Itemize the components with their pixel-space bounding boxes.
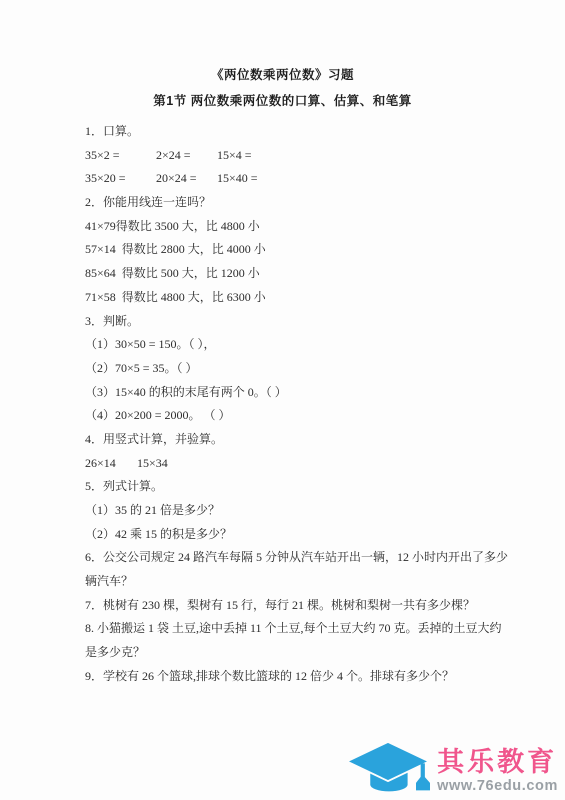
expression: 2×24 =	[156, 144, 217, 168]
s1-oral-row-1: 35×2 =2×24 =15×4 =	[0, 144, 565, 168]
s8-problem-line-1: 8. 小猫搬运 1 袋 土豆,途中丢掉 11 个土豆,每个土豆大约 70 克。丢…	[0, 617, 565, 641]
s3-judge-item: （1）30×50 = 150。（ ），	[0, 333, 565, 357]
s2-match-item: 41×79得数比 3500 大，比 4800 小	[0, 215, 565, 239]
s5-heading: 5．列式计算。	[0, 475, 565, 499]
s6-problem-line-2: 辆汽车？	[0, 570, 565, 594]
s6-problem-line-1: 6．公交公司规定 24 路汽车每隔 5 分钟从汽车站开出一辆，12 小时内开出了…	[0, 546, 565, 570]
expression: 26×14	[85, 452, 137, 476]
s2-match-item: 71×58 得数比 4800 大，比 6300 小	[0, 286, 565, 310]
s7-problem: 7．桃树有 230 棵，梨树有 15 行，每行 21 棵。桃树和梨树一共有多少棵…	[0, 594, 565, 618]
expression: 35×2 =	[85, 144, 156, 168]
s2-match-item: 85×64 得数比 500 大，比 1200 小	[0, 262, 565, 286]
s2-match-item: 57×14 得数比 2800 大，比 4000 小	[0, 238, 565, 262]
page-subtitle: 第1节 两位数乘两位数的口算、估算、和笔算	[0, 94, 565, 109]
s1-heading: 1．口算。	[0, 120, 565, 144]
s5-item: （1）35 的 21 倍是多少？	[0, 499, 565, 523]
s4-heading: 4．用竖式计算，并验算。	[0, 428, 565, 452]
expression: 15×40 =	[217, 167, 258, 191]
s3-judge-item: （3）15×40 的积的末尾有两个 0。（ ）	[0, 381, 565, 405]
s9-problem: 9．学校有 26 个篮球,排球个数比篮球的 12 倍少 4 个。排球有多少个？	[0, 665, 565, 689]
expression: 20×24 =	[156, 167, 217, 191]
brand-website: www.76edu.com	[437, 778, 558, 795]
brand-text-block: 其乐教育 www.76edu.com	[437, 747, 558, 797]
graduation-cap-icon	[346, 739, 430, 797]
s5-item: （2）42 乘 15 的积是多少？	[0, 523, 565, 547]
s3-heading: 3．判断。	[0, 310, 565, 334]
expression: 35×20 =	[85, 167, 156, 191]
worksheet-page: 《两位数乘两位数》习题 第1节 两位数乘两位数的口算、估算、和笔算 1．口算。 …	[0, 0, 565, 800]
s3-judge-item: （4）20×200 = 2000。 （ ）	[0, 404, 565, 428]
page-title: 《两位数乘两位数》习题	[0, 0, 565, 83]
s4-row: 26×1415×34	[0, 452, 565, 476]
s2-heading: 2．你能用线连一连吗？	[0, 191, 565, 215]
s3-judge-item: （2）70×5 = 35。（ ）	[0, 357, 565, 381]
brand-name: 其乐教育	[437, 747, 558, 777]
expression: 15×34	[137, 452, 168, 476]
expression: 15×4 =	[217, 144, 252, 168]
s8-problem-line-2: 是多少克？	[0, 641, 565, 665]
worksheet-body: 1．口算。 35×2 =2×24 =15×4 = 35×20 =20×24 =1…	[0, 120, 565, 689]
s1-oral-row-2: 35×20 =20×24 =15×40 =	[0, 167, 565, 191]
brand-logo: 其乐教育 www.76edu.com	[346, 739, 558, 797]
